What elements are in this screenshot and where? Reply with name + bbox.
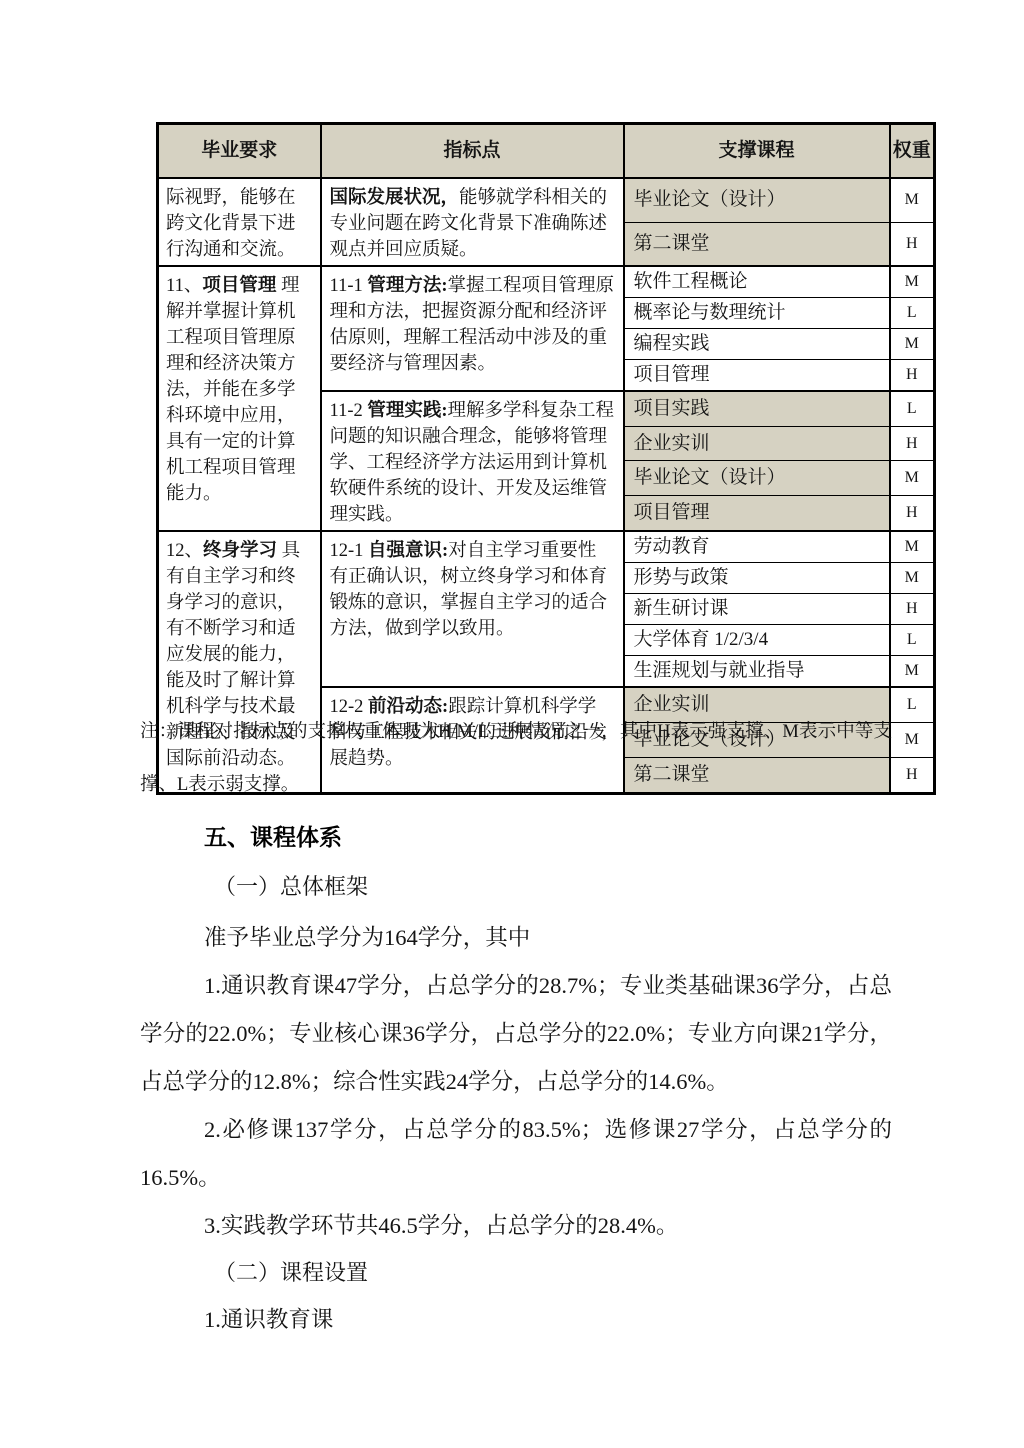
course-cell: 项目管理 xyxy=(624,496,890,531)
course-cell: 项目实践 xyxy=(624,391,890,426)
section-heading: 五、课程体系 xyxy=(140,820,892,854)
requirement-title: 项目管理 xyxy=(202,276,276,296)
weight-cell: H xyxy=(890,222,935,266)
header-indicator-point: 指标点 xyxy=(321,124,624,179)
course-cell: 企业实训 xyxy=(624,426,890,461)
requirement-cell: 际视野，能够在跨文化背景下进行沟通和交流。 xyxy=(158,178,321,266)
weight-cell: L xyxy=(890,298,935,329)
indicator-num: 11-2 xyxy=(330,401,368,421)
course-cell: 形势与政策 xyxy=(624,563,890,594)
paragraph-general-education: 1.通识教育课 xyxy=(140,1296,892,1344)
course-cell: 毕业论文（设计） xyxy=(624,178,890,222)
requirement-cell: 11、项目管理 理解并掌握计算机工程项目管理原理和经济决策方法，并能在多学科环境… xyxy=(158,266,321,531)
course-cell: 生涯规划与就业指导 xyxy=(624,656,890,688)
weight-cell: H xyxy=(890,426,935,461)
weight-cell: M xyxy=(890,656,935,688)
weight-cell: L xyxy=(890,625,935,656)
subsection-heading-overall-framework: （一）总体框架 xyxy=(140,870,892,904)
body-text-block: 注：课程对指标点的支撑权重体现为H/M/L三种情况之一，其中H表示强支撑、M表示… xyxy=(140,706,892,1344)
weight-cell: M xyxy=(890,266,935,298)
weight-cell: M xyxy=(890,723,935,758)
course-cell: 毕业论文（设计） xyxy=(624,461,890,496)
weight-cell: M xyxy=(890,531,935,563)
course-cell: 软件工程概论 xyxy=(624,266,890,298)
requirement-text: 理解并掌握计算机工程项目管理原理和经济决策方法，并能在多学科环境中应用，具有一定… xyxy=(166,276,299,504)
indicator-title: 管理实践: xyxy=(367,401,447,421)
weight-cell: H xyxy=(890,360,935,392)
weight-cell: L xyxy=(890,687,935,723)
indicator-num: 12-1 xyxy=(330,541,369,561)
paragraph-total-credits: 准予毕业总学分为164学分，其中 xyxy=(140,914,892,962)
table-row: 际视野，能够在跨文化背景下进行沟通和交流。 国际发展状况，能够就学科相关的专业问… xyxy=(158,178,935,222)
weight-cell: H xyxy=(890,758,935,794)
paragraph-credit-breakdown: 1.通识教育课47学分，占总学分的28.7%；专业类基础课36学分，占总学分的2… xyxy=(140,962,892,1106)
indicator-num: 11-1 xyxy=(330,276,368,296)
requirement-prefix: 12、 xyxy=(166,541,203,561)
indicator-title: 管理方法: xyxy=(367,276,447,296)
weight-cell: M xyxy=(890,329,935,360)
requirement-text: 际视野，能够在跨文化背景下进行沟通和交流。 xyxy=(166,188,296,260)
course-cell: 大学体育 1/2/3/4 xyxy=(624,625,890,656)
requirement-title: 终身学习 xyxy=(203,541,277,561)
indicator-cell: 11-1 管理方法:掌握工程项目管理原理和方法，把握资源分配和经济评估原则，理解… xyxy=(321,266,624,391)
support-weight-table: 毕业要求 指标点 支撑课程 权重 际视野，能够在跨文化背景下进行沟通和交流。 国… xyxy=(156,122,936,795)
weight-cell: M xyxy=(890,178,935,222)
indicator-cell: 12-1 自强意识:对自主学习重要性有正确认识，树立终身学习和体育锻炼的意识，掌… xyxy=(321,531,624,687)
weight-cell: H xyxy=(890,496,935,531)
table-row: 12、终身学习 具有自主学习和终身学习的意识，有不断学习和适应发展的能力，能及时… xyxy=(158,531,935,563)
subsection-heading-course-setup: （二）课程设置 xyxy=(140,1256,892,1290)
document-page: 毕业要求 指标点 支撑课程 权重 际视野，能够在跨文化背景下进行沟通和交流。 国… xyxy=(0,0,1024,1448)
weight-cell: M xyxy=(890,461,935,496)
indicator-cell: 11-2 管理实践:理解多学科复杂工程问题的知识融合理念，能够将管理学、工程经济… xyxy=(321,391,624,531)
indicator-cell: 国际发展状况，能够就学科相关的专业问题在跨文化背景下准确陈述观点并回应质疑。 xyxy=(321,178,624,266)
weight-cell: H xyxy=(890,594,935,625)
course-cell: 编程实践 xyxy=(624,329,890,360)
table-header-row: 毕业要求 指标点 支撑课程 权重 xyxy=(158,124,935,179)
course-cell: 劳动教育 xyxy=(624,531,890,563)
requirement-prefix: 11、 xyxy=(166,276,202,296)
course-cell: 第二课堂 xyxy=(624,222,890,266)
header-graduation-requirement: 毕业要求 xyxy=(158,124,321,179)
table-footnote: 注：课程对指标点的支撑权重体现为H/M/L三种情况之一，其中H表示强支撑、M表示… xyxy=(140,706,892,812)
paragraph-practice-credits: 3.实践教学环节共46.5学分，占总学分的28.4%。 xyxy=(140,1202,892,1250)
course-cell: 项目管理 xyxy=(624,360,890,392)
course-cell: 新生研讨课 xyxy=(624,594,890,625)
weight-cell: L xyxy=(890,391,935,426)
table-row: 11、项目管理 理解并掌握计算机工程项目管理原理和经济决策方法，并能在多学科环境… xyxy=(158,266,935,298)
weight-cell: M xyxy=(890,563,935,594)
header-supporting-course: 支撑课程 xyxy=(624,124,890,179)
header-weight: 权重 xyxy=(890,124,935,179)
course-cell: 概率论与数理统计 xyxy=(624,298,890,329)
paragraph-required-elective: 2.必修课137学分，占总学分的83.5%；选修课27学分，占总学分的16.5%… xyxy=(140,1106,892,1202)
indicator-title: 国际发展状况， xyxy=(330,188,460,208)
indicator-title: 自强意识: xyxy=(368,541,448,561)
